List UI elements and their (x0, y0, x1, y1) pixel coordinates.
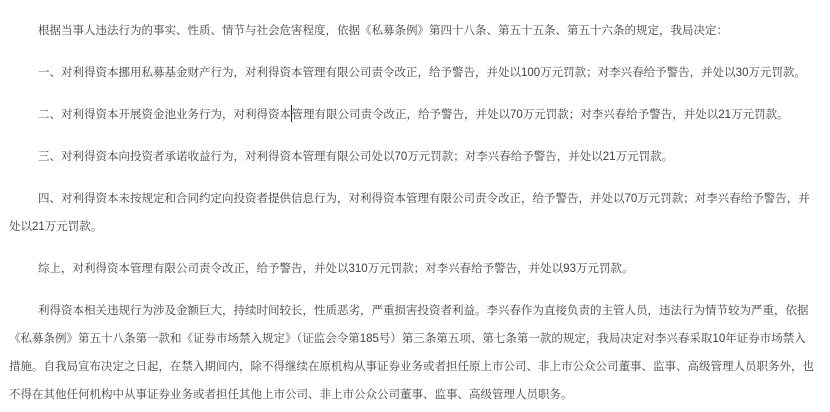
item-2-text-after-caret: 管理有限公司责令改正，给予警告，并处以70万元罚款；对李兴春给予警告，并处以21… (292, 109, 789, 121)
paragraph-item-1[interactable]: 一、对利得资本挪用私募基金财产行为，对利得资本管理有限公司责令改正，给予警告，并… (9, 59, 814, 87)
paragraph-summary[interactable]: 综上，对利得资本管理有限公司责令改正，给予警告，并处以310万元罚款；对李兴春给… (9, 255, 814, 283)
paragraph-item-2[interactable]: 二、对利得资本开展资金池业务行为，对利得资本管理有限公司责令改正，给予警告，并处… (9, 101, 814, 129)
item-2-text-before-caret: 二、对利得资本开展资金池业务行为，对利得资本 (38, 109, 291, 121)
paragraph-intro[interactable]: 根据当事人违法行为的事实、性质、情节与社会危害程度，依据《私募条例》第四十八条、… (9, 17, 814, 45)
decision-document: 根据当事人违法行为的事实、性质、情节与社会危害程度，依据《私募条例》第四十八条、… (0, 0, 830, 412)
paragraph-item-4[interactable]: 四、对利得资本未按规定和合同约定向投资者提供信息行为，对利得资本管理有限公司责令… (9, 185, 814, 241)
paragraph-market-ban[interactable]: 利得资本相关违规行为涉及金额巨大，持续时间较长，性质恶劣，严重损害投资者利益。李… (9, 297, 814, 409)
paragraph-item-3[interactable]: 三、对利得资本向投资者承诺收益行为，对利得资本管理有限公司处以70万元罚款；对李… (9, 143, 814, 171)
